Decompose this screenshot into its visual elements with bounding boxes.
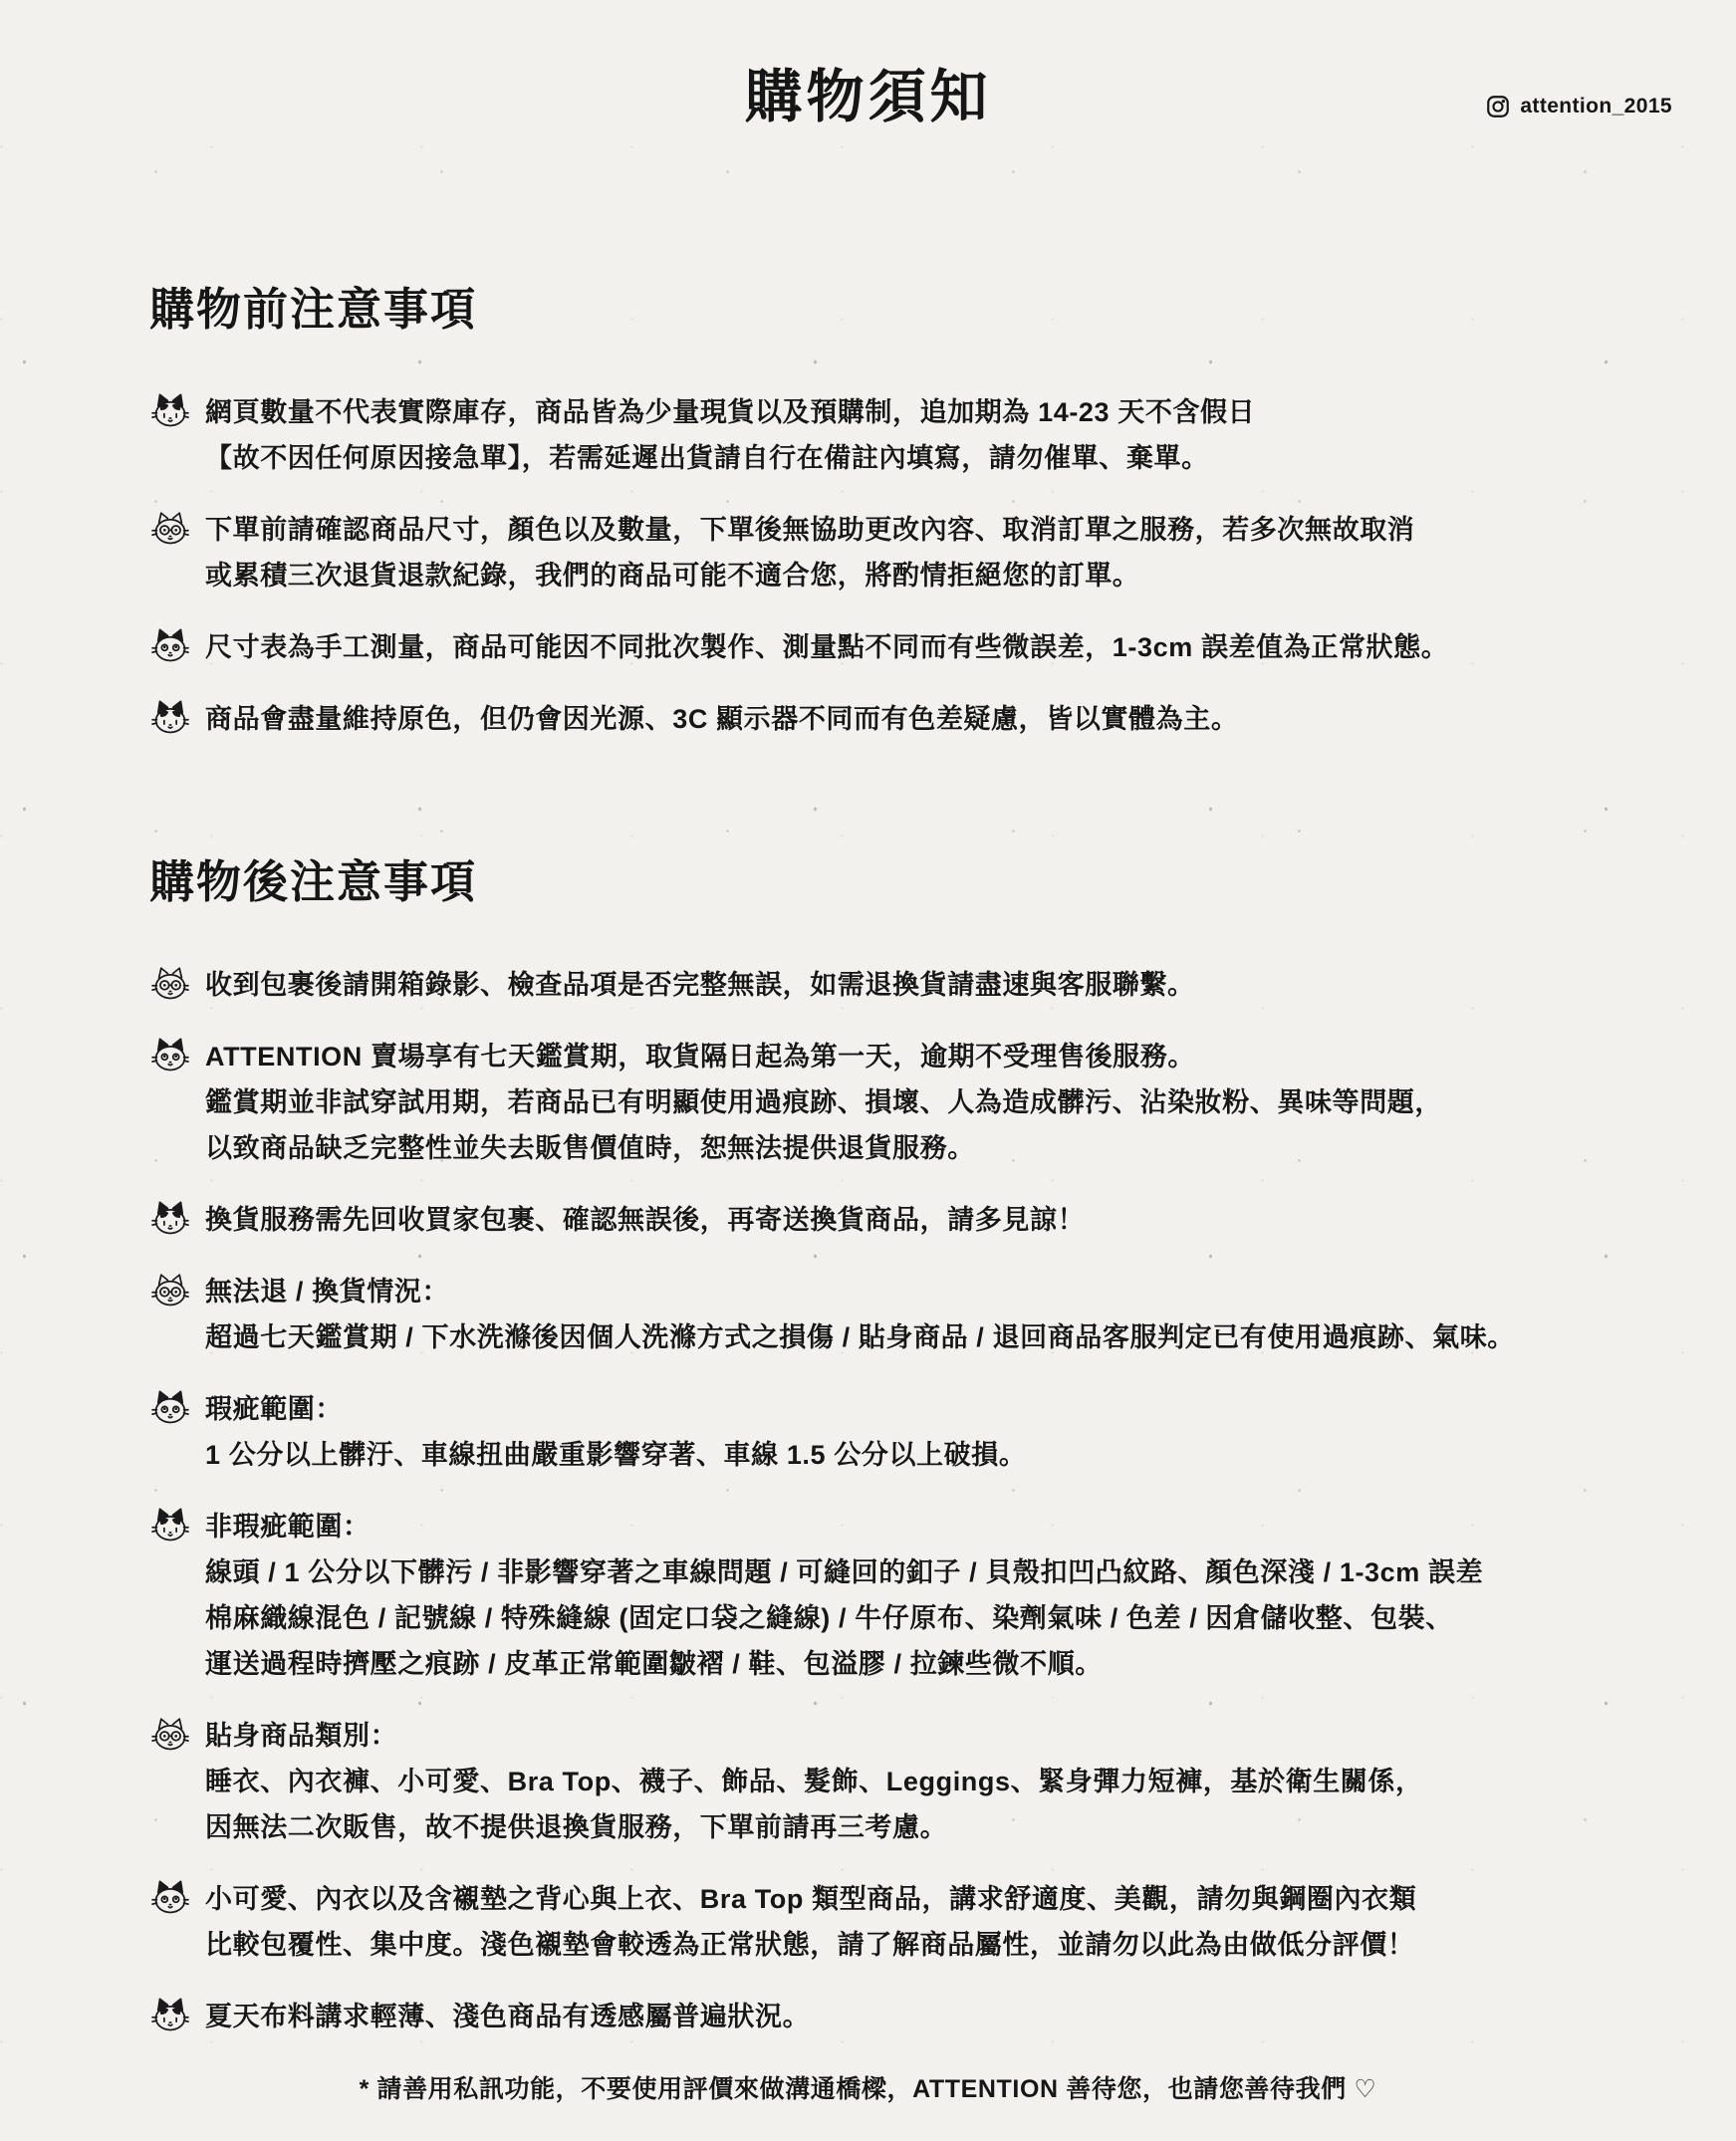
notice-text: 換貨服務需先回收買家包裹、確認無誤後，再寄送換貨商品，請多見諒！ — [205, 1197, 1085, 1243]
notice-line: 或累積三次退貨退款紀錄，我們的商品可能不適合您，將酌情拒絕您的訂單。 — [205, 553, 1414, 598]
notice-item: 無法退 / 換貨情況：超過七天鑑賞期 / 下水洗滌後因個人洗滌方式之損傷 / 貼… — [149, 1269, 1700, 1360]
notice-line: 收到包裹後請開箱錄影、檢查品項是否完整無誤，如需退換貨請盡速與客服聯繫。 — [205, 962, 1195, 1008]
notice-item: 夏天布料講求輕薄、淺色商品有透感屬普遍狀況。 — [149, 1994, 1700, 2039]
notice-item: 換貨服務需先回收買家包裹、確認無誤後，再寄送換貨商品，請多見諒！ — [149, 1197, 1700, 1243]
instagram-handle-text: attention_2015 — [1520, 95, 1672, 119]
notice-text: 商品會盡量維持原色，但仍會因光源、3C 顯示器不同而有色差疑慮，皆以實體為主。 — [205, 696, 1238, 742]
footer-note: * 請善用私訊功能，不要使用評價來做溝通橋樑，ATTENTION 善待您，也請您… — [0, 2069, 1736, 2105]
notice-line: 運送過程時擠壓之痕跡 / 皮革正常範圍皺褶 / 鞋、包溢膠 / 拉鍊些微不順。 — [205, 1641, 1483, 1687]
cat-tuxedo-icon — [149, 1035, 191, 1076]
cat-glasses-icon — [149, 963, 191, 1005]
notice-line: 換貨服務需先回收買家包裹、確認無誤後，再寄送換貨商品，請多見諒！ — [205, 1197, 1085, 1243]
notice-section: 購物前注意事項 網頁數量不代表實際庫存，商品皆為少量現貨以及預購制，追加期為 1… — [149, 273, 1700, 742]
cat-patch-icon — [149, 1505, 191, 1546]
notice-text: 非瑕疵範圍：線頭 / 1 公分以下髒污 / 非影響穿著之車線問題 / 可縫回的釦… — [205, 1504, 1483, 1687]
notice-item: 非瑕疵範圍：線頭 / 1 公分以下髒污 / 非影響穿著之車線問題 / 可縫回的釦… — [149, 1504, 1700, 1687]
notice-line: 棉麻織線混色 / 記號線 / 特殊縫線 (固定口袋之縫線) / 牛仔原布、染劑氣… — [205, 1595, 1483, 1641]
cat-patch-icon — [149, 1995, 191, 2036]
cat-tuxedo-icon — [149, 1387, 191, 1429]
notice-line: 鑑賞期並非試穿試用期，若商品已有明顯使用過痕跡、損壞、人為造成髒污、沾染妝粉、異… — [205, 1079, 1442, 1125]
cat-tuxedo-icon — [149, 625, 191, 667]
cat-glasses-icon — [149, 1270, 191, 1311]
notice-item: 下單前請確認商品尺寸，顏色以及數量，下單後無協助更改內容、取消訂單之服務，若多次… — [149, 507, 1700, 598]
cat-patch-icon — [149, 697, 191, 739]
notice-text: 尺寸表為手工測量，商品可能因不同批次製作、測量點不同而有些微誤差，1-3cm 誤… — [205, 624, 1448, 670]
notice-line: 下單前請確認商品尺寸，顏色以及數量，下單後無協助更改內容、取消訂單之服務，若多次… — [205, 507, 1414, 553]
notice-item: ATTENTION 賣場享有七天鑑賞期，取貨隔日起為第一天，逾期不受理售後服務。… — [149, 1034, 1700, 1171]
notice-item: 收到包裹後請開箱錄影、檢查品項是否完整無誤，如需退換貨請盡速與客服聯繫。 — [149, 962, 1700, 1008]
notice-line: 超過七天鑑賞期 / 下水洗滌後因個人洗滌方式之損傷 / 貼身商品 / 退回商品客… — [205, 1314, 1515, 1360]
cat-tuxedo-icon — [149, 1877, 191, 1919]
notice-list: 網頁數量不代表實際庫存，商品皆為少量現貨以及預購制，追加期為 14-23 天不含… — [149, 389, 1700, 742]
notice-text: 瑕疵範圍：1 公分以上髒汙、車線扭曲嚴重影響穿著、車線 1.5 公分以上破損。 — [205, 1386, 1026, 1478]
notice-text: 網頁數量不代表實際庫存，商品皆為少量現貨以及預購制，追加期為 14-23 天不含… — [205, 389, 1255, 481]
notice-text: 下單前請確認商品尺寸，顏色以及數量，下單後無協助更改內容、取消訂單之服務，若多次… — [205, 507, 1414, 598]
instagram-icon — [1485, 94, 1511, 119]
notice-text: 小可愛、內衣以及含襯墊之背心與上衣、Bra Top 類型商品，講求舒適度、美觀，… — [205, 1876, 1416, 1968]
cat-glasses-icon — [149, 508, 191, 550]
notice-line: 無法退 / 換貨情況： — [205, 1269, 1515, 1314]
notice-line: 夏天布料講求輕薄、淺色商品有透感屬普遍狀況。 — [205, 1994, 810, 2039]
notice-text: 無法退 / 換貨情況：超過七天鑑賞期 / 下水洗滌後因個人洗滌方式之損傷 / 貼… — [205, 1269, 1515, 1360]
cat-patch-icon — [149, 1198, 191, 1240]
notice-item: 網頁數量不代表實際庫存，商品皆為少量現貨以及預購制，追加期為 14-23 天不含… — [149, 389, 1700, 481]
notice-item: 瑕疵範圍：1 公分以上髒汙、車線扭曲嚴重影響穿著、車線 1.5 公分以上破損。 — [149, 1386, 1700, 1478]
notice-list: 收到包裹後請開箱錄影、檢查品項是否完整無誤，如需退換貨請盡速與客服聯繫。 ATT… — [149, 962, 1700, 2039]
notice-text: 貼身商品類別：睡衣、內衣褲、小可愛、Bra Top、襪子、飾品、髮飾、Leggi… — [205, 1713, 1423, 1850]
notice-line: 商品會盡量維持原色，但仍會因光源、3C 顯示器不同而有色差疑慮，皆以實體為主。 — [205, 696, 1238, 742]
instagram-handle: attention_2015 — [1485, 94, 1672, 119]
notice-text: 收到包裹後請開箱錄影、檢查品項是否完整無誤，如需退換貨請盡速與客服聯繫。 — [205, 962, 1195, 1008]
notice-line: 小可愛、內衣以及含襯墊之背心與上衣、Bra Top 類型商品，講求舒適度、美觀，… — [205, 1876, 1416, 1922]
notice-line: 1 公分以上髒汙、車線扭曲嚴重影響穿著、車線 1.5 公分以上破損。 — [205, 1432, 1026, 1478]
notice-line: 線頭 / 1 公分以下髒污 / 非影響穿著之車線問題 / 可縫回的釦子 / 貝殼… — [205, 1549, 1483, 1595]
notice-section: 購物後注意事項 收到包裹後請開箱錄影、檢查品項是否完整無誤，如需退換貨請盡速與客… — [149, 845, 1700, 2039]
notice-line: 【故不因任何原因接急單】，若需延遲出貨請自行在備註內填寫，請勿催單、棄單。 — [205, 435, 1255, 481]
page-title: 購物須知 — [0, 0, 1736, 133]
notice-line: 比較包覆性、集中度。淺色襯墊會較透為正常狀態，請了解商品屬性，並請勿以此為由做低… — [205, 1922, 1416, 1968]
cat-patch-icon — [149, 390, 191, 432]
notice-text: 夏天布料講求輕薄、淺色商品有透感屬普遍狀況。 — [205, 1994, 810, 2039]
notice-line: 因無法二次販售，故不提供退換貨服務，下單前請再三考慮。 — [205, 1804, 1423, 1850]
notice-line: 睡衣、內衣褲、小可愛、Bra Top、襪子、飾品、髮飾、Leggings、緊身彈… — [205, 1759, 1423, 1804]
notice-item: 商品會盡量維持原色，但仍會因光源、3C 顯示器不同而有色差疑慮，皆以實體為主。 — [149, 696, 1700, 742]
notice-item: 貼身商品類別：睡衣、內衣褲、小可愛、Bra Top、襪子、飾品、髮飾、Leggi… — [149, 1713, 1700, 1850]
notice-line: 尺寸表為手工測量，商品可能因不同批次製作、測量點不同而有些微誤差，1-3cm 誤… — [205, 624, 1448, 670]
notice-line: 以致商品缺乏完整性並失去販售價值時，恕無法提供退貨服務。 — [205, 1125, 1442, 1171]
section-heading: 購物前注意事項 — [149, 273, 1700, 338]
notice-line: ATTENTION 賣場享有七天鑑賞期，取貨隔日起為第一天，逾期不受理售後服務。 — [205, 1034, 1442, 1079]
shopping-notice-page: attention_2015 購物須知 購物前注意事項 網頁數量不代表實際庫存，… — [0, 0, 1736, 2141]
notice-line: 網頁數量不代表實際庫存，商品皆為少量現貨以及預購制，追加期為 14-23 天不含… — [205, 389, 1255, 435]
notice-line: 非瑕疵範圍： — [205, 1504, 1483, 1549]
notice-item: 小可愛、內衣以及含襯墊之背心與上衣、Bra Top 類型商品，講求舒適度、美觀，… — [149, 1876, 1700, 1968]
cat-glasses-icon — [149, 1714, 191, 1756]
notice-item: 尺寸表為手工測量，商品可能因不同批次製作、測量點不同而有些微誤差，1-3cm 誤… — [149, 624, 1700, 670]
section-heading: 購物後注意事項 — [149, 845, 1700, 910]
notice-line: 貼身商品類別： — [205, 1713, 1423, 1759]
notice-text: ATTENTION 賣場享有七天鑑賞期，取貨隔日起為第一天，逾期不受理售後服務。… — [205, 1034, 1442, 1171]
notice-line: 瑕疵範圍： — [205, 1386, 1026, 1432]
notice-content: 購物前注意事項 網頁數量不代表實際庫存，商品皆為少量現貨以及預購制，追加期為 1… — [0, 273, 1736, 2039]
